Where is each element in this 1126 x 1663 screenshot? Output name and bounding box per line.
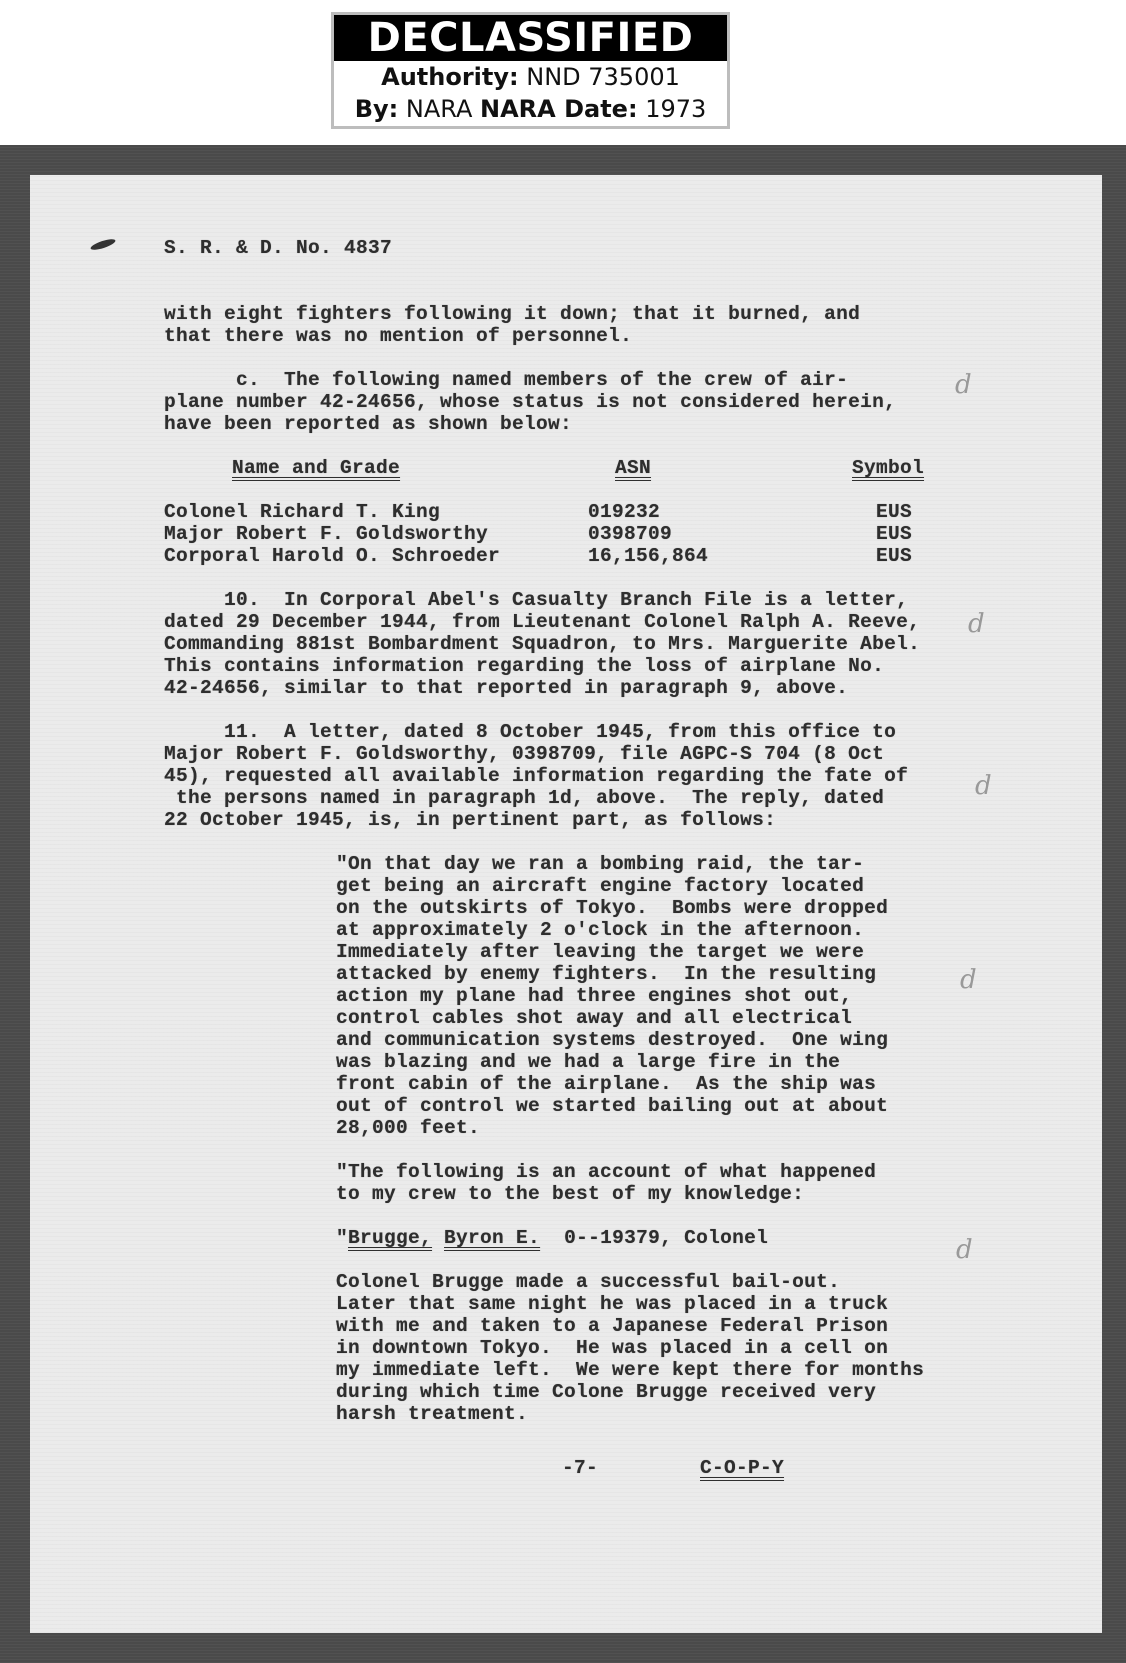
quote-line: was blazing and we had a large fire in t… bbox=[336, 1051, 840, 1073]
quote-line: to my crew to the best of my knowledge: bbox=[336, 1183, 804, 1205]
para-10-line: 10. In Corporal Abel's Casualty Branch F… bbox=[164, 589, 908, 611]
quote-line: 28,000 feet. bbox=[336, 1117, 480, 1139]
table-cell-name: Corporal Harold O. Schroeder bbox=[164, 545, 500, 567]
ink-smudge bbox=[90, 237, 117, 252]
scanned-page-frame: S. R. & D. No. 4837 with eight fighters … bbox=[0, 145, 1126, 1663]
quote-line: action my plane had three engines shot o… bbox=[336, 985, 852, 1007]
table-cell-symbol: EUS bbox=[876, 501, 912, 523]
para-10-line: Commanding 881st Bombardment Squadron, t… bbox=[164, 633, 920, 655]
para-10-line: dated 29 December 1944, from Lieutenant … bbox=[164, 611, 920, 633]
para-10-line: 42-24656, similar to that reported in pa… bbox=[164, 677, 848, 699]
table-cell-symbol: EUS bbox=[876, 545, 912, 567]
table-header-name: Name and Grade bbox=[232, 457, 400, 479]
quote-line: "The following is an account of what hap… bbox=[336, 1161, 876, 1183]
table-cell-name: Colonel Richard T. King bbox=[164, 501, 440, 523]
crew-text-line: with me and taken to a Japanese Federal … bbox=[336, 1315, 888, 1337]
crew-text-line: my immediate left. We were kept there fo… bbox=[336, 1359, 924, 1381]
intro-line: that there was no mention of personnel. bbox=[164, 325, 632, 347]
quote-line: Immediately after leaving the target we … bbox=[336, 941, 864, 963]
table-header-symbol: Symbol bbox=[852, 457, 924, 479]
para-11-line: 22 October 1945, is, in pertinent part, … bbox=[164, 809, 776, 831]
para-c-line: c. The following named members of the cr… bbox=[164, 369, 848, 391]
table-cell-name: Major Robert F. Goldsworthy bbox=[164, 523, 488, 545]
stamp-by-date: By: NARA NARA Date: 1973 bbox=[334, 93, 727, 125]
copy-mark: C-O-P-Y bbox=[700, 1457, 784, 1479]
table-cell-symbol: EUS bbox=[876, 523, 912, 545]
margin-annotation: d bbox=[956, 1235, 973, 1265]
stamp-title: DECLASSIFIED bbox=[334, 15, 727, 61]
quote-line: at approximately 2 o'clock in the aftern… bbox=[336, 919, 864, 941]
table-cell-asn: 019232 bbox=[588, 501, 660, 523]
quote-line: and communication systems destroyed. One… bbox=[336, 1029, 888, 1051]
page-number: -7- bbox=[562, 1457, 598, 1479]
quote-line: control cables shot away and all electri… bbox=[336, 1007, 852, 1029]
quote-line: attacked by enemy fighters. In the resul… bbox=[336, 963, 876, 985]
intro-line: with eight fighters following it down; t… bbox=[164, 303, 860, 325]
margin-annotation: d bbox=[955, 370, 972, 400]
para-c-line: plane number 42-24656, whose status is n… bbox=[164, 391, 896, 413]
table-cell-asn: 0398709 bbox=[588, 523, 672, 545]
quote-line: "On that day we ran a bombing raid, the … bbox=[336, 853, 864, 875]
stamp-authority: Authority: NND 735001 bbox=[334, 61, 727, 93]
para-11-line: 11. A letter, dated 8 October 1945, from… bbox=[164, 721, 896, 743]
crew-text-line: during which time Colone Brugge received… bbox=[336, 1381, 876, 1403]
crew-text-line: in downtown Tokyo. He was placed in a ce… bbox=[336, 1337, 888, 1359]
para-11-line: Major Robert F. Goldsworthy, 0398709, fi… bbox=[164, 743, 884, 765]
margin-annotation: d bbox=[968, 609, 985, 639]
document-header: S. R. & D. No. 4837 bbox=[164, 237, 392, 259]
margin-annotation: d bbox=[975, 771, 992, 801]
quote-line: on the outskirts of Tokyo. Bombs were dr… bbox=[336, 897, 888, 919]
para-10-line: This contains information regarding the … bbox=[164, 655, 884, 677]
quote-line: get being an aircraft engine factory loc… bbox=[336, 875, 864, 897]
table-header-asn: ASN bbox=[615, 457, 651, 479]
para-11-line: the persons named in paragraph 1d, above… bbox=[164, 787, 884, 809]
crew-text-line: Later that same night he was placed in a… bbox=[336, 1293, 888, 1315]
crew-text-line: Colonel Brugge made a successful bail-ou… bbox=[336, 1271, 840, 1293]
margin-annotation: d bbox=[960, 965, 977, 995]
quote-line: out of control we started bailing out at… bbox=[336, 1095, 888, 1117]
crew-entry-heading: "Brugge, Byron E. 0--19379, Colonel bbox=[336, 1227, 768, 1249]
document-page: S. R. & D. No. 4837 with eight fighters … bbox=[30, 175, 1102, 1633]
quote-line: front cabin of the airplane. As the ship… bbox=[336, 1073, 876, 1095]
crew-text-line: harsh treatment. bbox=[336, 1403, 528, 1425]
table-cell-asn: 16,156,864 bbox=[588, 545, 708, 567]
para-11-line: 45), requested all available information… bbox=[164, 765, 908, 787]
para-c-line: have been reported as shown below: bbox=[164, 413, 572, 435]
declassified-stamp: DECLASSIFIED Authority: NND 735001 By: N… bbox=[331, 12, 730, 129]
